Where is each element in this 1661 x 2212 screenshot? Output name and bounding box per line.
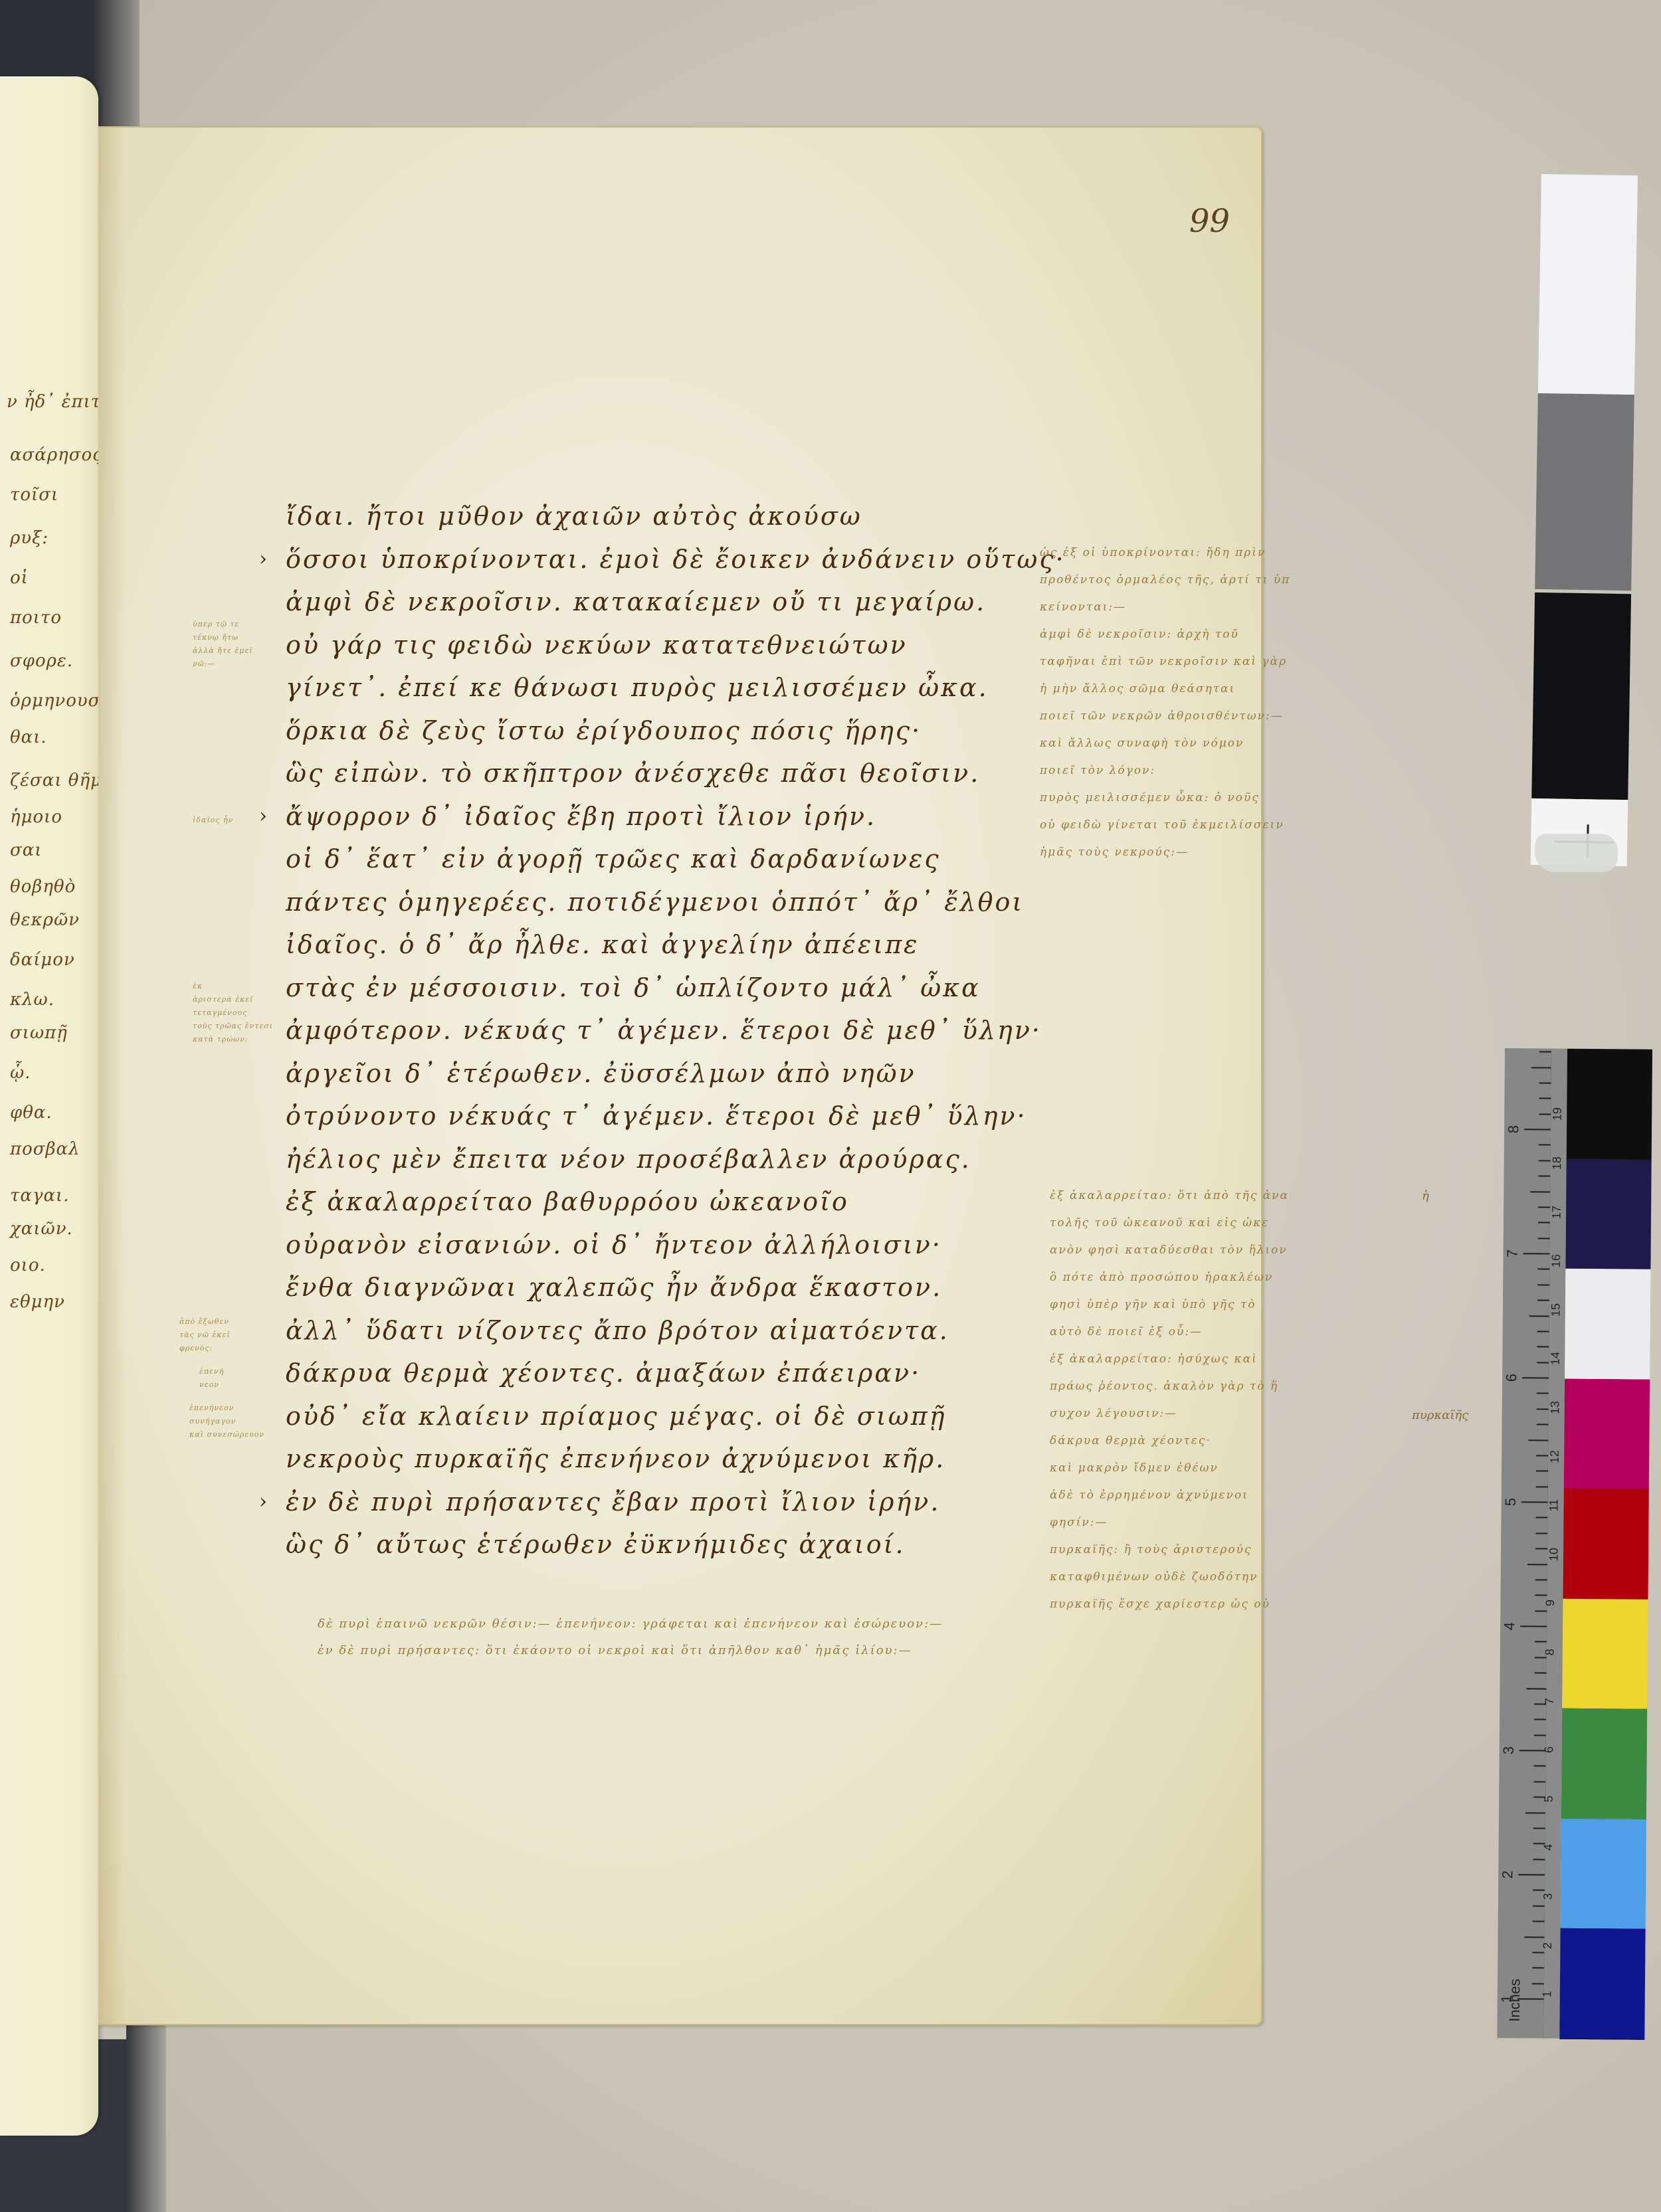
ruler-tick	[1524, 1936, 1544, 1938]
ruler-tick	[1527, 1564, 1547, 1565]
main-text-line-content: ὅρκια δὲ ζεὺς ἴστω ἐρίγδουπος πόσις ἥρης…	[286, 716, 922, 745]
main-text-line: νεκροὺς πυρκαϊῆς ἐπενήνεον ἀχνύμενοι κῆρ…	[286, 1437, 1083, 1481]
main-text-line: ἀμφότερον. νέκυάς τ᾽ ἀγέμεν. ἕτεροι δὲ μ…	[286, 1009, 1083, 1052]
tape-strip	[1535, 834, 1618, 872]
folio-number: 99	[1189, 203, 1230, 240]
ruler-tick	[1531, 1067, 1551, 1068]
ruler-tick	[1529, 1315, 1549, 1317]
main-text-line-content: ὣς δ᾽ αὔτως ἑτέρωθεν ἐϋκνήμιδες ἀχαιοί.	[286, 1530, 906, 1559]
scholion-line: ἀμφὶ δὲ νεκροῖσιν: ἀρχὴ τοῦ	[1040, 621, 1290, 648]
scholion-line: ταφῆναι ἐπὶ τῶν νεκροῖσιν καὶ γὰρ	[1040, 648, 1290, 676]
ruler-tick	[1536, 1455, 1548, 1456]
color-swatch-red	[1563, 1489, 1648, 1600]
ruler-tick	[1537, 1300, 1549, 1301]
scholion-line: ὡς ἐξ οἱ ὑποκρίνονται: ἤδη πρὶν	[1040, 539, 1290, 567]
background-felt-shadow-bottom	[126, 2006, 166, 2212]
ruler-tick	[1533, 1890, 1545, 1891]
main-text-line-content: οὐρανὸν εἰσανιών. οἱ δ᾽ ἤντεον ἀλλήλοισι…	[286, 1230, 942, 1259]
scholion-line: ἡ μὴν ἄλλος σῶμα θεάσηται	[1040, 676, 1290, 703]
ruler-tick	[1537, 1331, 1549, 1332]
facing-page-line: δαίμον	[10, 950, 75, 970]
ruler-tick	[1535, 1673, 1547, 1674]
main-text-line: δάκρυα θερμὰ χέοντες. ἀμαξάων ἐπάειραν·	[286, 1352, 1083, 1395]
main-text-line: ›ἄψορρον δ᾽ ἰδαῖος ἔβη προτὶ ἴλιον ἱρήν.	[286, 795, 1083, 838]
left-scholia-4: ἀπὸ ἔξωθεντὰς νῶ ἐκεῖφρενὸς:	[179, 1315, 231, 1355]
scholion-line: καταφθιμένων οὐδὲ ζωοδότην	[1050, 1564, 1289, 1591]
color-swatch-green	[1561, 1708, 1647, 1820]
ruler-tick	[1530, 1191, 1550, 1192]
background-felt-shadow-top	[93, 0, 140, 126]
facing-page-line: ασάρησος	[10, 445, 103, 465]
scholion-line: φησὶ ὑπὲρ γῆν καὶ ὑπὸ γῆς τὸ	[1050, 1291, 1289, 1319]
main-text-line-content: οἱ δ᾽ ἕατ᾽ εἰν ἀγορῇ τρῶες καὶ δαρδανίων…	[286, 844, 941, 874]
main-text-line-content: δάκρυα θερμὰ χέοντες. ἀμαξάων ἐπάειραν·	[286, 1358, 921, 1388]
facing-page-line: χαιῶν.	[10, 1219, 73, 1239]
scholion-line: ανὸν φησὶ καταδύεσθαι τὸν ἥλιον	[1050, 1237, 1289, 1264]
main-text-line-content: οὐ γάρ τις φειδὼ νεκύων κατατεθνειώτων	[286, 630, 908, 660]
scholion-line: προθέντος ὁρμαλέος τῆς, ἀρτί τι ὑπ	[1040, 567, 1290, 594]
ruler-tick	[1533, 1827, 1545, 1829]
ruler-tick	[1532, 1968, 1544, 1969]
ruler-cm-label: 12	[1548, 1450, 1562, 1463]
ruler-tick	[1533, 1859, 1545, 1860]
facing-page-line: οἱ	[10, 568, 29, 588]
scholion-line: ἰδαῖος ἦν	[193, 814, 233, 827]
ruler-tick	[1521, 1501, 1548, 1503]
ruler-tick	[1534, 1734, 1546, 1736]
ruler-cm-label: 1	[1540, 1991, 1554, 1997]
scholion-line: νεον	[199, 1378, 224, 1392]
facing-page-line: ᾧ.	[10, 1063, 31, 1083]
scholion-line: πυρκαϊῆς ἔσχε χαρίεστερ ὡς οὐ	[1050, 1591, 1289, 1618]
scholion-line: καὶ μακρὸν ἴδμεν ἐθέων	[1050, 1455, 1289, 1482]
main-text-line: οὐρανὸν εἰσανιών. οἱ δ᾽ ἤντεον ἀλλήλοισι…	[286, 1224, 1083, 1267]
scholion-line: ἐξ ἀκαλαρρείταο: ἡσύχως καὶ	[1050, 1346, 1289, 1373]
gray-patch-black	[1531, 593, 1631, 800]
main-text-line: ὀτρύνοντο νέκυάς τ᾽ ἀγέμεν. ἕτεροι δὲ με…	[286, 1095, 1083, 1138]
ruler-inch-label: 3	[1500, 1746, 1517, 1754]
main-text-line-content: ἀλλ᾽ ὕδατι νίζοντες ἄπο βρότον αἱματόεντ…	[286, 1316, 949, 1345]
ruler-cm-label: 6	[1542, 1746, 1556, 1753]
ruler-tick	[1534, 1719, 1546, 1720]
ruler-cm-label: 13	[1548, 1401, 1562, 1414]
facing-page-line: σιωπῇ	[10, 1023, 68, 1043]
scholion-line: ἀπὸ ἔξωθεν	[179, 1315, 231, 1329]
ruler-cm-label: 4	[1541, 1844, 1555, 1851]
facing-page-line: ρυξ:	[10, 528, 49, 548]
ruler-tick	[1537, 1362, 1549, 1363]
main-text-line: ὣς εἰπὼν. τὸ σκῆπτρον ἀνέσχεθε πᾶσι θεοῖ…	[286, 752, 1083, 795]
scholion-line: κείνονται:—	[1040, 594, 1290, 621]
facing-page-line: θαι.	[10, 727, 47, 747]
facing-page-line: ποσβαλ	[10, 1139, 80, 1159]
main-text-line-content: ἴδαι. ἤτοι μῦθον ἀχαιῶν αὐτὸς ἀκούσω	[286, 502, 862, 531]
ruler-tick	[1537, 1393, 1549, 1394]
color-swatches	[1559, 1049, 1652, 2039]
main-text-line-content: νεκροὺς πυρκαϊῆς ἐπενήνεον ἀχνύμενοι κῆρ…	[286, 1444, 945, 1473]
main-text-line: ὣς δ᾽ αὔτως ἑτέρωθεν ἐϋκνήμιδες ἀχαιοί.	[286, 1523, 1083, 1566]
facing-page-line: σαι	[10, 840, 43, 860]
ruler-tick	[1523, 1253, 1550, 1254]
ruler-cm-label: 5	[1542, 1796, 1556, 1802]
main-text-line-content: ἰδαῖος. ὁ δ᾽ ἄρ ἦλθε. καὶ ἀγγελίην ἀπέει…	[286, 930, 920, 959]
gray-calibration-target	[1530, 174, 1638, 879]
ruler-tick	[1533, 1781, 1545, 1782]
gray-patch-mid	[1535, 393, 1634, 591]
scholion-line: ὑπερ τῷ τε	[193, 618, 253, 631]
marginal-note-pyrkaies: πυρκαϊῆς	[1412, 1408, 1468, 1422]
main-text-line: οἱ δ᾽ ἕατ᾽ εἰν ἀγορῇ τρῶες καὶ δαρδανίων…	[286, 838, 1083, 881]
ruler-tick	[1538, 1206, 1550, 1208]
main-text-line: οὐδ᾽ εἴα κλαίειν πρίαμος μέγας. οἱ δὲ σι…	[286, 1395, 1083, 1438]
color-swatch-black	[1567, 1049, 1652, 1160]
gray-patch-white	[1538, 174, 1638, 395]
scholion-line: ποιεῖ τῶν νεκρῶν ἀθροισθέντων:—	[1040, 703, 1290, 730]
facing-page-line: ποιτο	[10, 608, 62, 628]
ruler-tick	[1535, 1595, 1547, 1596]
facing-page-line: φθα.	[10, 1103, 52, 1123]
main-text-line-content: στὰς ἐν μέσσοισιν. τοὶ δ᾽ ὡπλίζοντο μάλ᾽…	[286, 973, 981, 1002]
ruler-tick	[1533, 1920, 1545, 1922]
bottom-scholion-line: ἐν δὲ πυρὶ πρήσαντες: ὅτι ἐκάοντο οἱ νεκ…	[318, 1637, 943, 1664]
color-swatch-white	[1565, 1269, 1650, 1380]
main-text-line: ›ὅσσοι ὑποκρίνονται. ἐμοὶ δὲ ἔοικεν ἀνδά…	[286, 538, 1083, 581]
scholion-line: ἀλλὰ ἤτε ἐμεῖ	[193, 644, 253, 658]
main-text-line: πάντες ὁμηγερέες. ποτιδέγμενοι ὁππότ᾽ ἄρ…	[286, 881, 1083, 924]
ruler-tick	[1537, 1284, 1549, 1285]
scholion-line: καὶ συνεσώρευον	[189, 1428, 264, 1441]
main-text-line-content: γίνετ᾽. ἐπεί κε θάνωσι πυρὸς μειλισσέμεν…	[286, 673, 989, 702]
bottom-scholia: δὲ πυρὶ ἐπαινῶ νεκρῶν θέσιν:— ἐπενήνεον:…	[318, 1611, 943, 1664]
main-text-line: ›ἐν δὲ πυρὶ πρήσαντες ἔβαν προτὶ ἴλιον ἱ…	[286, 1481, 1083, 1524]
ruler-cm-label: 9	[1543, 1600, 1557, 1606]
ruler-inch-label: 1	[1498, 1995, 1515, 2003]
scholion-line: ἀριστερὰ ἐκεῖ	[193, 993, 273, 1006]
ruler-tick	[1522, 1377, 1549, 1378]
ruler-tick	[1539, 1145, 1551, 1146]
main-text-line: ἐξ ἀκαλαρρείταο βαθυρρόου ὠκεανοῖο	[286, 1180, 1083, 1224]
ruler-cm-label: 8	[1543, 1649, 1557, 1655]
scholion-line: τολῆς τοῦ ὠκεανοῦ καὶ εἰς ὠκε	[1050, 1210, 1289, 1237]
left-scholia-6: ἐπενήνεονσυνήγαγονκαὶ συνεσώρευον	[189, 1402, 264, 1441]
ruler-inch-label: 2	[1499, 1871, 1516, 1879]
scholion-line: ἐπενή	[199, 1365, 224, 1378]
left-scholia-3: ἐκἀριστερὰ ἐκεῖτεταγμένουςτοὺς τρῶας ἔντ…	[193, 980, 273, 1046]
ruler-tick	[1533, 1905, 1545, 1906]
diple-mark-icon: ›	[259, 1481, 269, 1524]
right-scholia-2: ἐξ ἀκαλαρρείταο: ὅτι ἀπὸ τῆς ἀνατολῆς το…	[1050, 1182, 1289, 1618]
ruler-cm-label: 18	[1550, 1156, 1564, 1170]
main-text-block: ἴδαι. ἤτοι μῦθον ἀχαιῶν αὐτὸς ἀκούσω›ὅσσ…	[286, 495, 1083, 1566]
diple-mark-icon: ›	[259, 795, 269, 838]
ruler-tick	[1536, 1471, 1548, 1472]
ruler-tick	[1539, 1052, 1551, 1053]
main-text-line-content: πάντες ὁμηγερέες. ποτιδέγμενοι ὁππότ᾽ ἄρ…	[286, 887, 1024, 917]
bottom-scholion-line: δὲ πυρὶ ἐπαινῶ νεκρῶν θέσιν:— ἐπενήνεον:…	[318, 1611, 943, 1637]
main-text-line-content: ἄψορρον δ᾽ ἰδαῖος ἔβη προτὶ ἴλιον ἱρήν.	[286, 802, 876, 831]
ruler-inch-label: 8	[1505, 1125, 1522, 1133]
facing-page-line: οιο.	[10, 1255, 46, 1275]
facing-page-line: θεκρῶν	[10, 910, 80, 930]
ruler-cm-label: 14	[1549, 1352, 1563, 1365]
main-text-line-content: ἔνθα διαγνῶναι χαλεπῶς ἦν ἄνδρα ἕκαστον.	[286, 1273, 942, 1302]
ruler-tick	[1535, 1610, 1547, 1612]
ruler-tick	[1535, 1641, 1547, 1643]
scholion-line: ἐπενήνεον	[189, 1402, 264, 1415]
ruler-cm-label: 2	[1541, 1942, 1555, 1949]
ruler-tick	[1537, 1269, 1549, 1270]
color-swatch-cyan-blue	[1561, 1819, 1646, 1930]
ruler-tick	[1535, 1657, 1547, 1658]
diple-mark-icon: ›	[259, 538, 269, 581]
scholion-line: πυρκαϊῆς: ἢ τοὺς ἀριστερούς	[1050, 1536, 1289, 1564]
ruler-tick	[1536, 1486, 1548, 1487]
scholion-line: πυρὸς μειλισσέμεν ὦκα: ὁ νοῦς	[1040, 784, 1290, 812]
ruler-tick	[1532, 1952, 1544, 1953]
main-text-line-content: ὅσσοι ὑποκρίνονται. ἐμοὶ δὲ ἔοικεν ἀνδάν…	[286, 545, 1066, 574]
ruler-tick	[1534, 1766, 1546, 1767]
scholion-line: πράως ῥέοντος. ἀκαλὸν γὰρ τὸ ἥ	[1050, 1373, 1289, 1400]
left-scholia-5: ἐπενήνεον	[199, 1365, 224, 1392]
left-scholia-2: ἰδαῖος ἦν	[193, 814, 233, 827]
facing-page-line: κλω.	[10, 990, 54, 1010]
scholion-line: τὰς νῶ ἐκεῖ	[179, 1329, 231, 1342]
main-text-line: ἠέλιος μὲν ἔπειτα νέον προσέβαλλεν ἀρούρ…	[286, 1138, 1083, 1181]
right-scholia-1: ὡς ἐξ οἱ ὑποκρίνονται: ἤδη πρὶνπροθέντος…	[1040, 539, 1290, 866]
facing-page-line: σφορε.	[10, 651, 73, 671]
ruler-tick	[1524, 1129, 1551, 1130]
left-scholia-1: ὑπερ τῷ τετέκνῳ ἤτωἀλλὰ ἤτε ἐμεῖνῶ:—	[193, 618, 253, 671]
scholion-line: φρενὸς:	[179, 1342, 231, 1355]
scholion-line: τέκνῳ ἤτω	[193, 631, 253, 644]
scholion-line: ὃ πότε ἀπὸ προσώπου ἡρακλέων	[1050, 1264, 1289, 1291]
ruler-tick	[1537, 1408, 1549, 1410]
color-swatch-yellow	[1562, 1598, 1648, 1710]
ruler-tick	[1532, 1983, 1544, 1984]
marginal-note-h: ἡ	[1422, 1189, 1429, 1203]
main-text-line-content: ἀργεῖοι δ᾽ ἑτέρωθεν. ἐϋσσέλμων ἀπὸ νηῶν	[286, 1059, 916, 1088]
main-text-line: ἴδαι. ἤτοι μῦθον ἀχαιῶν αὐτὸς ἀκούσω	[286, 495, 1083, 538]
binding-gutter	[98, 128, 125, 2024]
scholion-line: ποιεῖ τὸν λόγον:	[1040, 757, 1290, 784]
ruler-tick	[1538, 1238, 1550, 1239]
scholion-line: τοὺς τρῶας ἔντεσι	[193, 1020, 273, 1033]
ruler-tick	[1539, 1160, 1551, 1161]
scholion-line: ἡμᾶς τοὺς νεκρούς:—	[1040, 839, 1290, 866]
scholion-line: ἐκ	[193, 980, 273, 993]
facing-page-line: ἡμοιο	[10, 807, 62, 827]
ruler-cm-label: 17	[1550, 1206, 1564, 1219]
main-text-line: ὅρκια δὲ ζεὺς ἴστω ἐρίγδουπος πόσις ἥρης…	[286, 709, 1083, 753]
facing-page-line: τοῖσι	[10, 485, 58, 505]
facing-page-line: εθμην	[10, 1292, 65, 1312]
facing-page: ν ἦδ᾽ ἐπιτομή.ασάρησοςτοῖσιρυξ:οἱποιτοσφ…	[0, 76, 98, 2136]
main-text-line-content: ὀτρύνοντο νέκυάς τ᾽ ἀγέμεν. ἕτεροι δὲ με…	[286, 1101, 1027, 1131]
ruler-tick	[1539, 1113, 1551, 1115]
ruler-tick	[1525, 1812, 1545, 1813]
scholion-line: νῶ:—	[193, 658, 253, 671]
main-text-line-content: οὐδ᾽ εἴα κλαίειν πρίαμος μέγας. οἱ δὲ σι…	[286, 1402, 946, 1431]
facing-page-line: ὁρμηνουσ-	[10, 691, 107, 711]
ruler-cm-label: 15	[1549, 1303, 1563, 1317]
ruler-inch-label: 4	[1501, 1622, 1518, 1630]
scholion-line: ἐξ ἀκαλαρρείταο: ὅτι ἀπὸ τῆς ἀνα	[1050, 1182, 1289, 1210]
ruler-tick	[1528, 1439, 1548, 1441]
main-text-line: ἀργεῖοι δ᾽ ἑτέρωθεν. ἐϋσσέλμων ἀπὸ νηῶν	[286, 1052, 1083, 1095]
main-text-line-content: ἀμφὶ δὲ νεκροῖσιν. κατακαίεμεν οὔ τι μεγ…	[286, 587, 986, 616]
main-text-line-content: ἀμφότερον. νέκυάς τ᾽ ἀγέμεν. ἕτεροι δὲ μ…	[286, 1016, 1042, 1045]
main-text-line: ἀμφὶ δὲ νεκροῖσιν. κατακαίεμεν οὔ τι μεγ…	[286, 581, 1083, 624]
ruler-inch-label: 6	[1503, 1374, 1520, 1382]
scholion-line: δάκρυα θερμὰ χέοντες·	[1050, 1428, 1289, 1455]
scholion-line: συνήγαγον	[189, 1415, 264, 1428]
ruler-cm-label: 11	[1547, 1499, 1561, 1512]
scholion-line: ἀδὲ τὸ ἐρρημένον ἀχνύμενοι	[1050, 1482, 1289, 1509]
ruler-tick	[1539, 1082, 1551, 1083]
scholion-line: καὶ ἄλλως συναφὴ τὸν νόμον	[1040, 730, 1290, 757]
ruler-cm-label: 7	[1543, 1698, 1557, 1705]
main-text-line-content: ἐν δὲ πυρὶ πρήσαντες ἔβαν προτὶ ἴλιον ἱρ…	[286, 1487, 940, 1517]
ruler-tick	[1539, 1098, 1551, 1099]
main-text-line-content: ὣς εἰπὼν. τὸ σκῆπτρον ἀνέσχεθε πᾶσι θεοῖ…	[286, 759, 980, 788]
main-text-line-content: ἠέλιος μὲν ἔπειτα νέον προσέβαλλεν ἀρούρ…	[286, 1145, 971, 1174]
ruler-tick	[1526, 1688, 1546, 1689]
main-text-line: στὰς ἐν μέσσοισιν. τοὶ δ᾽ ὡπλίζοντο μάλ᾽…	[286, 967, 1083, 1010]
color-calibration-target: Inches 12345678 123456789101112131415161…	[1497, 1048, 1658, 2039]
scholion-line: συχον λέγουσιν:—	[1050, 1400, 1289, 1428]
main-text-line: ἔνθα διαγνῶναι χαλεπῶς ἦν ἄνδρα ἕκαστον.	[286, 1266, 1083, 1309]
ruler-tick	[1535, 1517, 1547, 1519]
main-text-line-content: ἐξ ἀκαλαρρείταο βαθυρρόου ὠκεανοῖο	[286, 1187, 849, 1216]
ruler-tick	[1517, 1998, 1544, 1999]
ruler-tick	[1535, 1579, 1547, 1580]
facing-page-line: θοβηθὸ	[10, 877, 76, 897]
ruler-cm-label: 16	[1549, 1254, 1563, 1267]
ruler-tick	[1535, 1548, 1547, 1550]
ruler-tick	[1535, 1532, 1547, 1534]
scholion-line: αὐτὸ δὲ ποιεῖ ἐξ οὗ:—	[1050, 1319, 1289, 1346]
ruler-tick	[1538, 1222, 1550, 1224]
ruler-cm-label: 10	[1547, 1548, 1561, 1561]
ruler-tick	[1538, 1176, 1550, 1177]
scholion-line: τεταγμένους	[193, 1006, 273, 1020]
ruler-cm-label: 19	[1551, 1107, 1565, 1121]
scholion-line: φησίν:—	[1050, 1509, 1289, 1536]
facing-page-line: ταγαι.	[10, 1186, 70, 1206]
color-swatch-dark-violet	[1565, 1158, 1651, 1270]
ruler-inch-label: 5	[1502, 1498, 1519, 1506]
main-text-line: οὐ γάρ τις φειδὼ νεκύων κατατεθνειώτων	[286, 624, 1083, 667]
ruler-tick	[1537, 1424, 1549, 1426]
main-text-line: ἀλλ᾽ ὕδατι νίζοντες ἄπο βρότον αἱματόεντ…	[286, 1309, 1083, 1352]
main-text-line: γίνετ᾽. ἐπεί κε θάνωσι πυρὸς μειλισσέμεν…	[286, 666, 1083, 709]
scholion-line: οὐ φειδὼ γίνεται τοῦ ἐκμειλίσσειν	[1040, 812, 1290, 839]
color-swatch-magenta	[1564, 1378, 1650, 1490]
main-text-line: ἰδαῖος. ὁ δ᾽ ἄρ ἦλθε. καὶ ἀγγελίην ἀπέει…	[286, 923, 1083, 967]
scholion-line: κατὰ τρώων:	[193, 1033, 273, 1046]
ruler-tick	[1537, 1346, 1549, 1348]
ruler-tick	[1518, 1874, 1545, 1875]
color-swatch-navy	[1559, 1928, 1645, 2040]
ruler-tick	[1520, 1625, 1547, 1627]
ruler-cm-label: 3	[1541, 1893, 1555, 1900]
ruler-inch-label: 7	[1504, 1249, 1521, 1257]
